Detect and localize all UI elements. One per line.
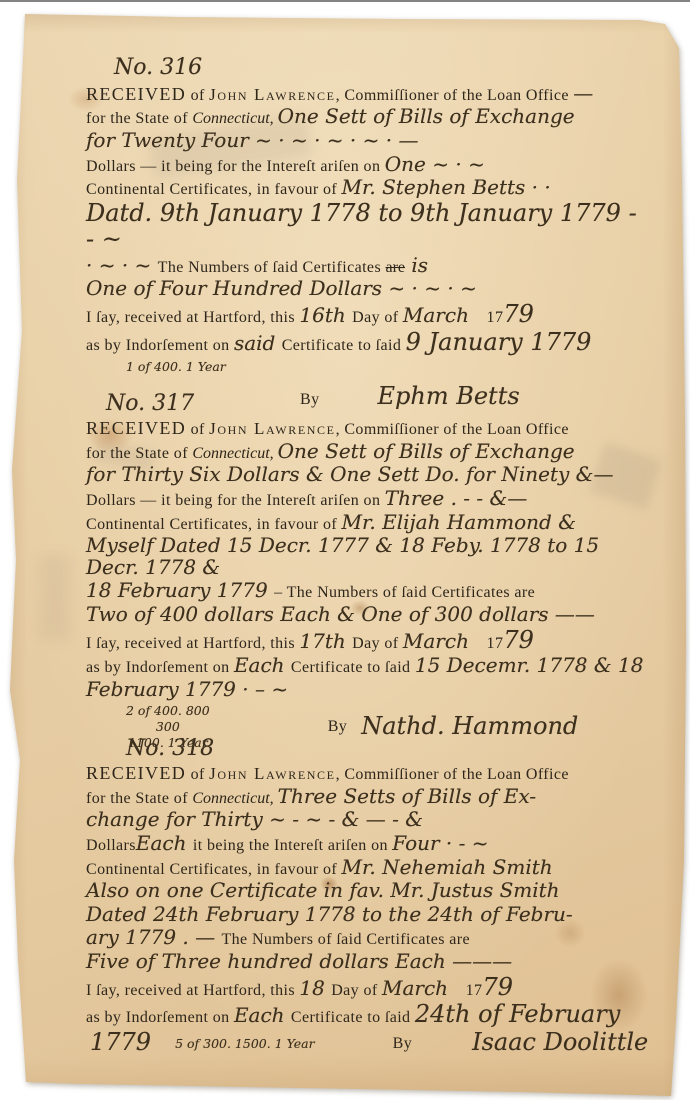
text-line: RECEIVED of John Lawrence, Commiſſioner … xyxy=(86,419,652,439)
text-line: for the State of Connecticut, Three Sett… xyxy=(86,786,652,808)
text-line: Continental Certificates, in favour of M… xyxy=(86,177,652,199)
printed-text: Dollars — it being for the Intereſt ariſ… xyxy=(86,158,385,175)
printed-text: 17 xyxy=(448,982,482,999)
printed-text: – The Numbers of ſaid Certificates are xyxy=(274,584,535,601)
receipt-number: No. 316 xyxy=(86,56,652,80)
text-line: One of Four Hundred Dollars ~ · ~ · ~ xyxy=(86,278,652,300)
printed-text: are xyxy=(385,259,405,276)
printed-text: , Commiſſioner of the Loan Office xyxy=(336,87,574,104)
handwritten-text: 18 February 1779 xyxy=(86,578,274,602)
printed-text: Connecticut, xyxy=(192,790,277,807)
handwritten-text: Each xyxy=(234,653,291,677)
receipt-number: No. 317 xyxy=(86,392,652,416)
handwritten-text: February 1779 · – ~ xyxy=(86,677,288,701)
handwritten-text: · ~ · ~ xyxy=(86,253,158,277)
text-line: as by Indorſement on Each Certificate to… xyxy=(86,655,652,677)
handwritten-text: March xyxy=(403,303,469,327)
printed-text: Dollars xyxy=(86,837,136,854)
handwritten-text: No. 318 xyxy=(126,736,214,761)
handwritten-text: 79 xyxy=(503,626,534,654)
receipt-number: No. 318 xyxy=(86,737,652,761)
printed-text: Continental Certificates, in favour of xyxy=(86,516,342,533)
text-line: Datd. 9th January 1778 to 9th January 17… xyxy=(86,201,652,253)
handwritten-text: Dated 24th February 1778 to the 24th of … xyxy=(86,902,573,926)
printed-text: Connecticut, xyxy=(192,110,277,127)
text-line: RECEIVED of John Lawrence, Commiſſioner … xyxy=(86,764,652,784)
printed-text: Continental Certificates, in favour of xyxy=(86,181,342,198)
handwritten-text: No. 317 xyxy=(106,391,194,416)
text-line: 18 February 1779 – The Numbers of ſaid C… xyxy=(86,580,652,602)
printed-text: it being the Intereſt ariſen on xyxy=(193,837,392,854)
handwritten-text: Datd. 9th January 1778 to 9th January 17… xyxy=(86,199,637,253)
printed-text: , Commiſſioner of the Loan Office xyxy=(336,766,569,783)
printed-text: RECEIVED xyxy=(86,418,186,438)
handwritten-text: 1779 xyxy=(90,1030,151,1056)
text-line: I ſay, received at Hartford, this 16th D… xyxy=(86,302,652,328)
printed-text: , Commiſſioner of the Loan Office xyxy=(336,421,569,438)
handwritten-text: Mr. Nehemiah Smith xyxy=(342,855,553,879)
text-line: as by Indorſement on Each Certificate to… xyxy=(86,1002,652,1028)
paper-shadow-wrap: No. 316RECEIVED of John Lawrence, Commiſ… xyxy=(0,0,690,1100)
handwritten-text: March xyxy=(382,976,448,1000)
scan-background: No. 316RECEIVED of John Lawrence, Commiſ… xyxy=(0,0,690,1100)
text-line: DollarsEach it being the Intereſt ariſen… xyxy=(86,833,652,855)
handwritten-text: 9 January 1779 xyxy=(406,328,592,356)
printed-text: Certificate to ſaid xyxy=(291,1009,415,1026)
printed-text: Continental Certificates, in favour of xyxy=(86,861,342,878)
handwritten-text: ary 1779 . — xyxy=(86,925,221,949)
printed-text: The Numbers of ſaid Certificates are xyxy=(221,931,470,948)
handwritten-text: 24th of February xyxy=(415,1000,620,1028)
printed-text: John Lawrence xyxy=(209,764,335,783)
handwritten-text: said xyxy=(234,331,282,355)
text-line: Continental Certificates, in favour of M… xyxy=(86,512,652,534)
handwritten-text: change for Thirty ~ - ~ - & — - & xyxy=(86,807,423,831)
handwritten-text: 79 xyxy=(482,973,513,1001)
printed-text: of xyxy=(186,421,209,438)
handwritten-text: Each xyxy=(234,1003,291,1027)
printed-text: I ſay, received at Hartford, this xyxy=(86,309,299,326)
handwritten-text: 17th xyxy=(299,629,352,653)
text-line: for the State of Connecticut, One Sett o… xyxy=(86,106,652,128)
printed-text: for the State of xyxy=(86,445,192,462)
handwritten-text: for Thirty Six Dollars & One Sett Do. fo… xyxy=(86,462,613,486)
text-line: Dollars — it being for the Intereſt ariſ… xyxy=(86,154,652,176)
printed-text: for the State of xyxy=(86,110,192,127)
text-line: Myself Dated 15 Decr. 1777 & 18 Feby. 17… xyxy=(86,535,652,578)
tally-annotation: 5 of 300. 1500. 1 Year xyxy=(175,1037,315,1051)
printed-text: By xyxy=(393,1035,412,1052)
text-line: Dollars — it being for the Intereſt ariſ… xyxy=(86,488,652,510)
printed-text: 17 xyxy=(469,635,503,652)
printed-text: as by Indorſement on xyxy=(86,1009,234,1026)
handwritten-text: is xyxy=(405,253,428,277)
printed-text: By xyxy=(328,718,347,735)
printed-text: Certificate to ſaid xyxy=(282,337,406,354)
signature: Isaac Doolittle xyxy=(472,1030,648,1056)
receipt-318: No. 318RECEIVED of John Lawrence, Commiſ… xyxy=(86,737,652,1058)
printed-text: 17 xyxy=(469,309,503,326)
handwritten-text: One Sett of Bills of Exchange xyxy=(278,439,575,463)
text-line: Five of Three hundred dollars Each ——— xyxy=(86,951,652,973)
text-line: Dated 24th February 1778 to the 24th of … xyxy=(86,904,652,926)
printed-text: Day of xyxy=(331,982,382,999)
printed-text: for the State of xyxy=(86,790,192,807)
text-line: I ſay, received at Hartford, this 18 Day… xyxy=(86,975,652,1001)
handwritten-text: Three . - - &— xyxy=(385,486,528,510)
printed-text: I ſay, received at Hartford, this xyxy=(86,635,299,652)
handwritten-text: March xyxy=(403,629,469,653)
handwritten-text: 18 xyxy=(299,976,331,1000)
printed-text: RECEIVED xyxy=(86,763,186,783)
printed-text: The Numbers of ſaid Certificates xyxy=(158,259,386,276)
handwritten-text: 16th xyxy=(299,303,352,327)
handwritten-text: 15 Decemr. 1778 & 18 xyxy=(415,653,644,677)
handwritten-text: Mr. Stephen Betts · · xyxy=(342,175,551,199)
printed-text: Connecticut, xyxy=(192,445,277,462)
handwritten-text: Mr. Elijah Hammond & xyxy=(342,510,577,534)
text-line: as by Indorſement on said Certificate to… xyxy=(86,330,652,356)
printed-text: Day of xyxy=(352,309,403,326)
text-line: for Thirty Six Dollars & One Sett Do. fo… xyxy=(86,464,652,486)
text-line: RECEIVED of John Lawrence, Commiſſioner … xyxy=(86,83,652,105)
handwritten-text: Myself Dated 15 Decr. 1777 & 18 Feby. 17… xyxy=(86,533,599,579)
printed-text: of xyxy=(186,766,209,783)
text-line: I ſay, received at Hartford, this 17th D… xyxy=(86,628,652,654)
printed-text: Certificate to ſaid xyxy=(291,659,415,676)
printed-text: as by Indorſement on xyxy=(86,659,234,676)
handwritten-text: One of Four Hundred Dollars ~ · ~ · ~ xyxy=(86,276,477,300)
handwritten-text: for Twenty Four ~ · ~ · ~ · ~ · — xyxy=(86,128,418,152)
printed-text: Dollars — it being for the Intereſt ariſ… xyxy=(86,492,385,509)
handwritten-text: 79 xyxy=(503,300,534,328)
text-line: Also on one Certificate in fav. Mr. Just… xyxy=(86,880,652,902)
document-paper: No. 316RECEIVED of John Lawrence, Commiſ… xyxy=(0,0,690,1100)
handwritten-text: Two of 400 dollars Each & One of 300 dol… xyxy=(86,602,595,626)
text-line: Two of 400 dollars Each & One of 300 dol… xyxy=(86,604,652,626)
text-line: February 1779 · – ~ xyxy=(86,679,652,701)
handwritten-text: Also on one Certificate in fav. Mr. Just… xyxy=(86,878,560,902)
printed-text: John Lawrence xyxy=(209,419,335,438)
receipt-316: No. 316RECEIVED of John Lawrence, Commiſ… xyxy=(86,56,652,411)
printed-text: RECEIVED xyxy=(86,84,186,104)
printed-text: Day of xyxy=(352,635,403,652)
text-line: Continental Certificates, in favour of M… xyxy=(86,857,652,879)
text-line: for the State of Connecticut, One Sett o… xyxy=(86,441,652,463)
handwritten-text: One Sett of Bills of Exchange xyxy=(278,104,575,128)
ink-bleed-through xyxy=(40,555,70,640)
printed-text: John Lawrence xyxy=(209,85,335,104)
text-line: 17795 of 300. 1500. 1 YearByIsaac Doolit… xyxy=(86,1030,652,1056)
handwritten-text: No. 316 xyxy=(114,55,202,80)
handwritten-text: Five of Three hundred dollars Each ——— xyxy=(86,949,512,973)
handwritten-text: One ~ · ~ xyxy=(385,152,485,176)
handwritten-text: Four · - ~ xyxy=(392,831,488,855)
printed-text: of xyxy=(186,87,209,104)
handwritten-text: Three Setts of Bills of Ex- xyxy=(278,784,536,808)
printed-text: as by Indorſement on xyxy=(86,337,234,354)
text-line: · ~ · ~ The Numbers of ſaid Certificates… xyxy=(86,255,652,277)
receipt-317: No. 317RECEIVED of John Lawrence, Commiſ… xyxy=(86,392,652,753)
handwritten-text: — xyxy=(573,81,593,105)
text-line: 1 of 400. 1 Year xyxy=(86,358,652,378)
printed-text: I ſay, received at Hartford, this xyxy=(86,982,299,999)
text-line: ary 1779 . — The Numbers of ſaid Certifi… xyxy=(86,927,652,949)
tally-annotation: 1 of 400. 1 Year xyxy=(126,359,226,374)
text-line: change for Thirty ~ - ~ - & — - & xyxy=(86,809,652,831)
handwritten-text: Each xyxy=(136,831,193,855)
text-line: for Twenty Four ~ · ~ · ~ · ~ · — xyxy=(86,130,652,152)
